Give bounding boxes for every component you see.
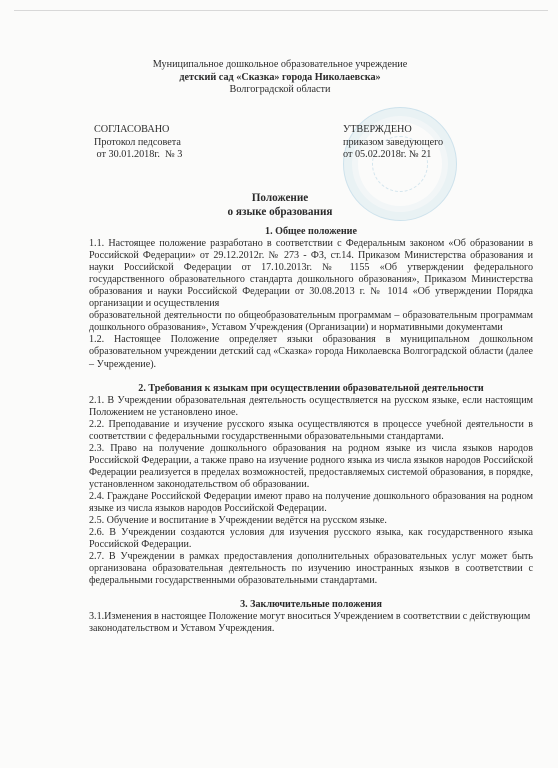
header-line-3: Волгоградской области [90,84,470,97]
paragraph: образовательной деятельности по общеобра… [89,310,533,334]
document-title: Положение о языке образования [90,191,470,219]
approved-title: УТВЕРЖДЕНО [343,124,443,137]
section-1: 1. Общее положение 1.1. Настоящее положе… [89,226,533,371]
agreed-line-1: Протокол педсовета [94,137,182,150]
paragraph: 1.2. Настоящее Положение определяет язык… [89,334,533,370]
scan-edge-line [14,10,548,11]
header-line-1: Муниципальное дошкольное образовательное… [90,59,470,72]
paragraph: 3.1.Изменения в настоящее Положение могу… [89,611,533,635]
paragraph: 2.4. Граждане Российской Федерации имеют… [89,491,533,515]
paragraph: 2.7. В Учреждении в рамках предоставлени… [89,551,533,587]
document-body: 1. Общее положение 1.1. Настоящее положе… [89,226,533,636]
paragraph: 1.1. Настоящее положение разработано в с… [89,238,533,310]
section-heading: 3. Заключительные положения [89,599,533,611]
approved-line-1: приказом заведующего [343,137,443,150]
section-3: 3. Заключительные положения 3.1.Изменени… [89,599,533,635]
institution-header: Муниципальное дошкольное образовательное… [90,59,470,97]
paragraph: 2.6. В Учреждении создаются условия для … [89,527,533,551]
title-line-1: Положение [90,191,470,205]
paragraph: 2.5. Обучение и воспитание в Учреждении … [89,515,533,527]
agreed-line-2: от 30.01.2018г. № 3 [94,149,182,162]
paragraph: 2.2. Преподавание и изучение русского яз… [89,419,533,443]
section-heading: 2. Требования к языкам при осуществлении… [89,383,533,395]
paragraph: 2.3. Право на получение дошкольного обра… [89,443,533,491]
section-heading: 1. Общее положение [89,226,533,238]
agreed-block: СОГЛАСОВАНО Протокол педсовета от 30.01.… [94,124,182,162]
title-line-2: о языке образования [90,205,470,219]
header-line-2: детский сад «Сказка» города Николаевска» [90,72,470,85]
paragraph: 2.1. В Учреждении образовательная деятел… [89,395,533,419]
section-2: 2. Требования к языкам при осуществлении… [89,383,533,588]
approved-line-2: от 05.02.2018г. № 21 [343,149,443,162]
document-page: Муниципальное дошкольное образовательное… [0,0,558,768]
approved-block: УТВЕРЖДЕНО приказом заведующего от 05.02… [343,124,443,162]
agreed-title: СОГЛАСОВАНО [94,124,182,137]
